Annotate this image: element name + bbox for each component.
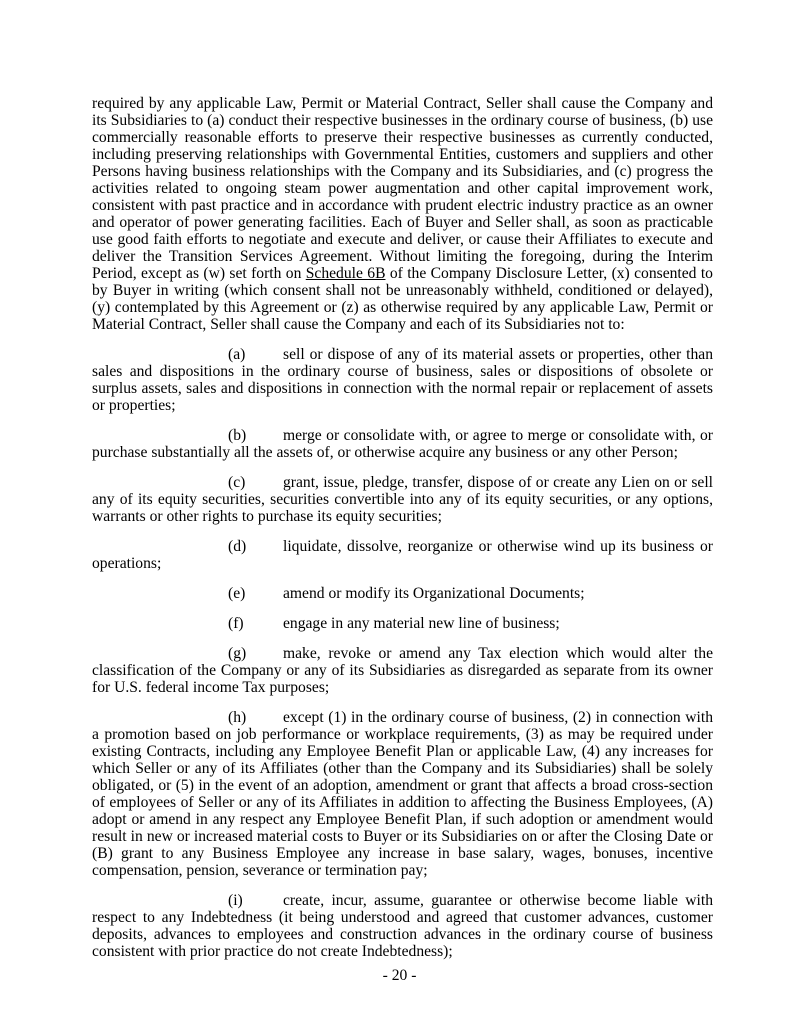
paragraph-text: sell or dispose of any of its material a… [92,346,713,414]
clause-label: (i) [228,892,283,909]
clause-i-paragraph: (i)create, incur, assume, guarantee or o… [92,892,713,960]
clause-label: (b) [228,427,283,444]
paragraph-text: engage in any material new line of busin… [283,615,560,632]
clause-d-paragraph: (d)liquidate, dissolve, reorganize or ot… [92,538,713,572]
clause-f-paragraph: (f)engage in any material new line of bu… [92,615,713,632]
clause-b-paragraph: (b)merge or consolidate with, or agree t… [92,427,713,461]
clause-h-paragraph: (h)except (1) in the ordinary course of … [92,709,713,879]
page-number: - 20 - [0,967,799,984]
paragraph-text: required by any applicable Law, Permit o… [92,95,713,282]
document-page: required by any applicable Law, Permit o… [0,0,799,1034]
clause-label: (d) [228,538,283,555]
continuation-paragraph: required by any applicable Law, Permit o… [92,95,713,333]
clause-label: (g) [228,645,283,662]
clause-label: (a) [228,346,283,363]
paragraph-text: make, revoke or amend any Tax election w… [92,645,713,696]
paragraph-text: create, incur, assume, guarantee or othe… [92,892,713,960]
paragraph-text: merge or consolidate with, or agree to m… [92,427,713,461]
paragraph-text: except (1) in the ordinary course of bus… [92,709,713,879]
clause-label: (h) [228,709,283,726]
underlined-reference: Schedule 6B [306,265,386,282]
paragraph-text: grant, issue, pledge, transfer, dispose … [92,474,713,525]
clause-e-paragraph: (e)amend or modify its Organizational Do… [92,585,713,602]
clause-a-paragraph: (a)sell or dispose of any of its materia… [92,346,713,414]
clause-label: (f) [228,615,283,632]
paragraph-text: amend or modify its Organizational Docum… [283,585,585,602]
clause-label: (c) [228,474,283,491]
paragraph-text: liquidate, dissolve, reorganize or other… [92,538,713,572]
clause-c-paragraph: (c)grant, issue, pledge, transfer, dispo… [92,474,713,525]
clause-g-paragraph: (g)make, revoke or amend any Tax electio… [92,645,713,696]
document-body: required by any applicable Law, Permit o… [92,95,713,973]
clause-label: (e) [228,585,283,602]
